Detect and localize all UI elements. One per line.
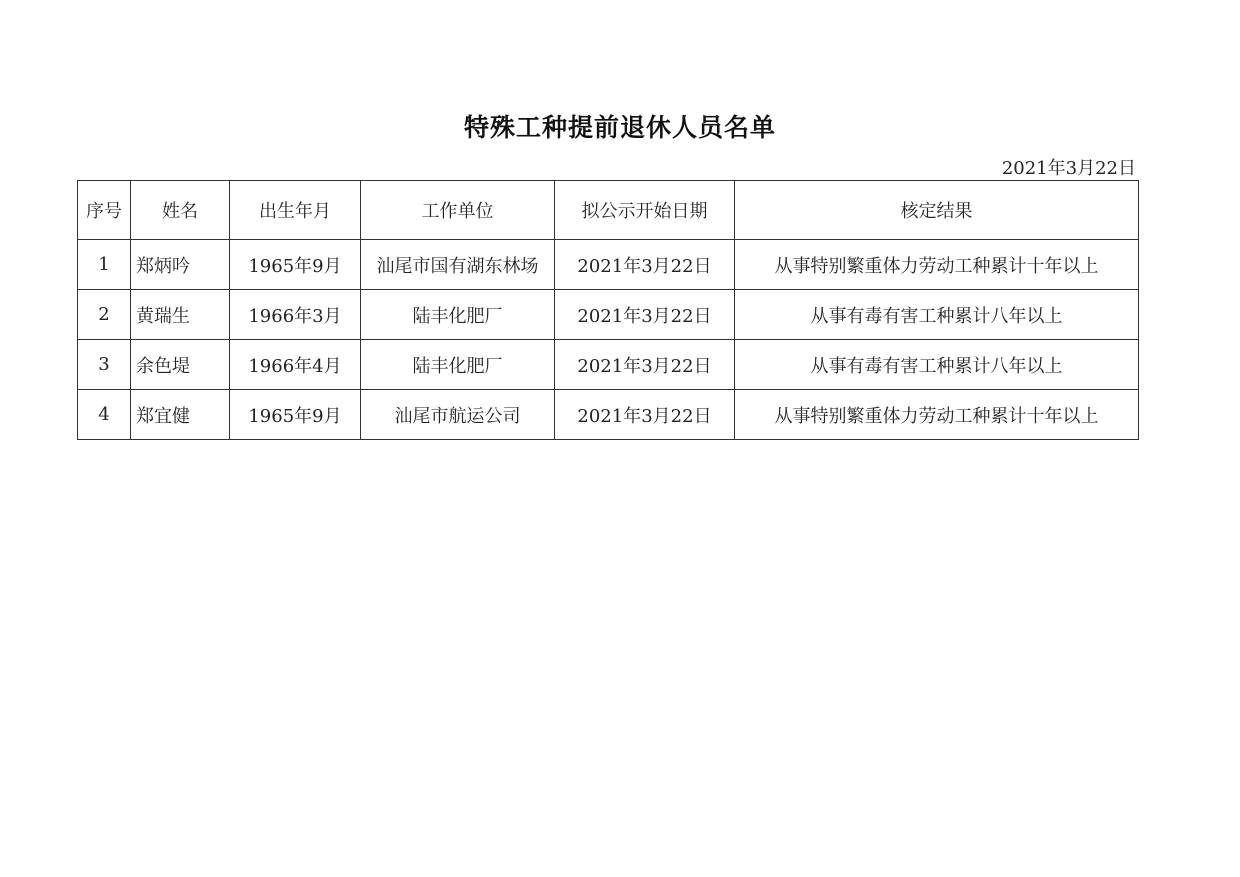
header-work-unit: 工作单位 [361, 181, 555, 240]
cell-birth-date: 1965年9月 [230, 390, 361, 440]
header-index: 序号 [78, 181, 131, 240]
cell-name: 郑炳吟 [131, 240, 230, 290]
document-date: 2021年3月22日 [1002, 154, 1136, 180]
header-birth-date: 出生年月 [230, 181, 361, 240]
header-publicity-start-date: 拟公示开始日期 [555, 181, 735, 240]
cell-work-unit: 汕尾市国有湖东林场 [361, 240, 555, 290]
cell-index: 2 [78, 290, 131, 340]
cell-index: 4 [78, 390, 131, 440]
table-row: 2 黄瑞生 1966年3月 陆丰化肥厂 2021年3月22日 从事有毒有害工种累… [78, 290, 1139, 340]
table-row: 4 郑宜健 1965年9月 汕尾市航运公司 2021年3月22日 从事特别繁重体… [78, 390, 1139, 440]
cell-verification-result: 从事有毒有害工种累计八年以上 [735, 290, 1139, 340]
cell-verification-result: 从事特别繁重体力劳动工种累计十年以上 [735, 240, 1139, 290]
cell-name: 黄瑞生 [131, 290, 230, 340]
cell-name: 郑宜健 [131, 390, 230, 440]
header-name: 姓名 [131, 181, 230, 240]
cell-birth-date: 1965年9月 [230, 240, 361, 290]
cell-work-unit: 汕尾市航运公司 [361, 390, 555, 440]
cell-publicity-start-date: 2021年3月22日 [555, 340, 735, 390]
header-verification-result: 核定结果 [735, 181, 1139, 240]
table-row: 1 郑炳吟 1965年9月 汕尾市国有湖东林场 2021年3月22日 从事特别繁… [78, 240, 1139, 290]
cell-birth-date: 1966年3月 [230, 290, 361, 340]
table-header-row: 序号 姓名 出生年月 工作单位 拟公示开始日期 核定结果 [78, 181, 1139, 240]
cell-index: 1 [78, 240, 131, 290]
cell-publicity-start-date: 2021年3月22日 [555, 290, 735, 340]
cell-publicity-start-date: 2021年3月22日 [555, 240, 735, 290]
document-title: 特殊工种提前退休人员名单 [0, 108, 1240, 144]
retirement-roster-table: 序号 姓名 出生年月 工作单位 拟公示开始日期 核定结果 1 郑炳吟 1965年… [77, 180, 1139, 440]
cell-work-unit: 陆丰化肥厂 [361, 340, 555, 390]
table-row: 3 余色堤 1966年4月 陆丰化肥厂 2021年3月22日 从事有毒有害工种累… [78, 340, 1139, 390]
cell-publicity-start-date: 2021年3月22日 [555, 390, 735, 440]
cell-verification-result: 从事有毒有害工种累计八年以上 [735, 340, 1139, 390]
cell-work-unit: 陆丰化肥厂 [361, 290, 555, 340]
cell-birth-date: 1966年4月 [230, 340, 361, 390]
cell-verification-result: 从事特别繁重体力劳动工种累计十年以上 [735, 390, 1139, 440]
cell-index: 3 [78, 340, 131, 390]
cell-name: 余色堤 [131, 340, 230, 390]
